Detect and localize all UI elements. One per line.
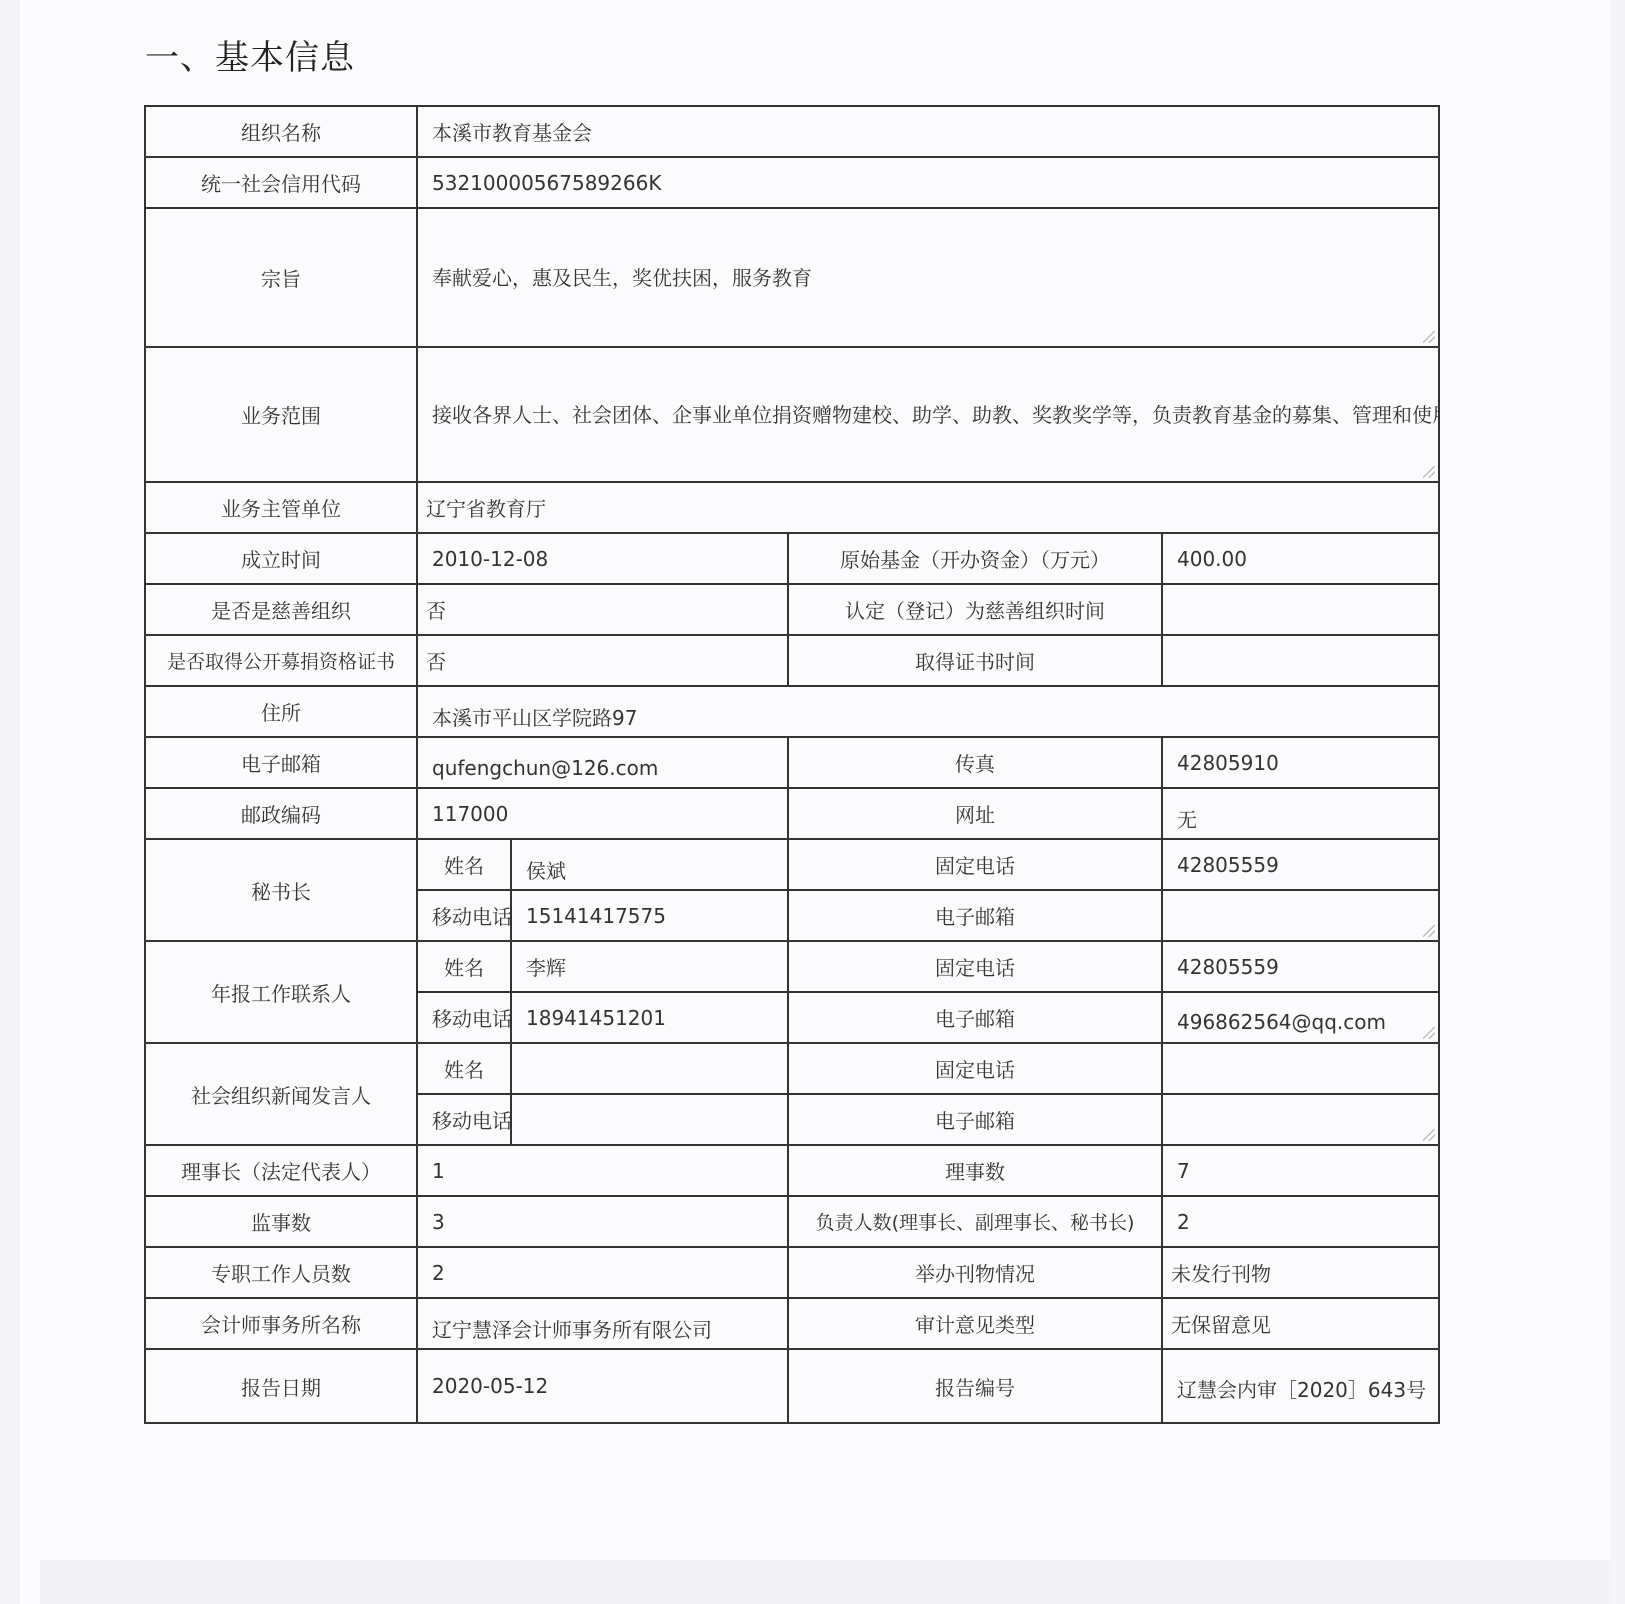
label-secretary-name: 姓名: [417, 839, 511, 890]
label-spokesperson-mobile: 移动电话: [417, 1094, 511, 1145]
label-founded: 成立时间: [145, 533, 417, 584]
label-secretary-general: 秘书长: [145, 839, 417, 941]
value-contact-email: 496862564@qq.com: [1177, 1010, 1386, 1034]
row-fundraising-cert: 是否取得公开募捐资格证书 否 取得证书时间: [145, 635, 1439, 686]
row-org-name: 组织名称 本溪市教育基金会: [145, 106, 1439, 157]
value-website: 无: [1162, 788, 1439, 839]
label-fax: 传真: [788, 737, 1162, 788]
row-staff: 专职工作人员数 2 举办刊物情况 未发行刊物: [145, 1247, 1439, 1298]
value-contact-landline: 42805559: [1162, 941, 1439, 992]
row-founded: 成立时间 2010-12-08 原始基金（开办资金）（万元） 400.00: [145, 533, 1439, 584]
row-postcode: 邮政编码 117000 网址 无: [145, 788, 1439, 839]
value-publications: 未发行刊物: [1162, 1247, 1439, 1298]
label-secretary-landline: 固定电话: [788, 839, 1162, 890]
label-publications: 举办刊物情况: [788, 1247, 1162, 1298]
value-fulltime-staff: 2: [417, 1247, 788, 1298]
value-directors-count: 7: [1162, 1145, 1439, 1196]
label-spokesperson-landline: 固定电话: [788, 1043, 1162, 1094]
row-report: 报告日期 2020-05-12 报告编号 辽慧会内审［2020］643号: [145, 1349, 1439, 1423]
value-secretary-mobile: 15141417575: [511, 890, 788, 941]
resize-grip-icon[interactable]: [1423, 1027, 1435, 1039]
value-chairman: 1: [417, 1145, 788, 1196]
label-report-number: 报告编号: [788, 1349, 1162, 1423]
value-contact-name: 李辉: [511, 941, 788, 992]
label-secretary-mobile: 移动电话: [417, 890, 511, 941]
label-fundraising-cert: 是否取得公开募捐资格证书: [145, 635, 417, 686]
value-founded: 2010-12-08: [417, 533, 788, 584]
row-is-charity: 是否是慈善组织 否 认定（登记）为慈善组织时间: [145, 584, 1439, 635]
value-org-name: 本溪市教育基金会: [417, 106, 1439, 157]
row-secretary-name: 秘书长 姓名 侯斌 固定电话 42805559: [145, 839, 1439, 890]
label-chairman: 理事长（法定代表人）: [145, 1145, 417, 1196]
value-supervisor: 辽宁省教育厅: [417, 482, 1439, 533]
resize-grip-icon[interactable]: [1423, 466, 1435, 478]
resize-grip-icon[interactable]: [1423, 1129, 1435, 1141]
value-secretary-email-textarea[interactable]: [1162, 890, 1439, 941]
label-directors-count: 理事数: [788, 1145, 1162, 1196]
value-contact-email-textarea[interactable]: 496862564@qq.com: [1162, 992, 1439, 1043]
value-audit-opinion: 无保留意见: [1162, 1298, 1439, 1349]
value-spokesperson-name: [511, 1043, 788, 1094]
value-spokesperson-email-textarea[interactable]: [1162, 1094, 1439, 1145]
value-business-scope: 接收各界人士、社会团体、企事业单位捐资赠物建校、助学、助教、奖教奖学等，负责教育…: [432, 403, 1439, 427]
value-spokesperson-landline: [1162, 1043, 1439, 1094]
value-accounting-firm: 辽宁慧泽会计师事务所有限公司: [417, 1298, 788, 1349]
label-original-fund: 原始基金（开办资金）（万元）: [788, 533, 1162, 584]
row-accounting: 会计师事务所名称 辽宁慧泽会计师事务所有限公司 审计意见类型 无保留意见: [145, 1298, 1439, 1349]
label-cert-date: 取得证书时间: [788, 635, 1162, 686]
label-report-date: 报告日期: [145, 1349, 417, 1423]
label-annual-contact: 年报工作联系人: [145, 941, 417, 1043]
value-secretary-landline: 42805559: [1162, 839, 1439, 890]
label-purpose: 宗旨: [145, 208, 417, 347]
label-contact-mobile: 移动电话: [417, 992, 511, 1043]
row-business-scope: 业务范围 接收各界人士、社会团体、企事业单位捐资赠物建校、助学、助教、奖教奖学等…: [145, 347, 1439, 482]
label-charity-date: 认定（登记）为慈善组织时间: [788, 584, 1162, 635]
label-contact-landline: 固定电话: [788, 941, 1162, 992]
label-spokesperson-name: 姓名: [417, 1043, 511, 1094]
value-spokesperson-mobile: [511, 1094, 788, 1145]
row-contact-name: 年报工作联系人 姓名 李辉 固定电话 42805559: [145, 941, 1439, 992]
value-is-charity: 否: [417, 584, 788, 635]
value-fundraising-cert: 否: [417, 635, 788, 686]
value-contact-mobile: 18941451201: [511, 992, 788, 1043]
label-postcode: 邮政编码: [145, 788, 417, 839]
basic-info-table: 组织名称 本溪市教育基金会 统一社会信用代码 53210000567589266…: [144, 105, 1440, 1424]
label-contact-name: 姓名: [417, 941, 511, 992]
label-org-name: 组织名称: [145, 106, 417, 157]
row-chairman: 理事长（法定代表人） 1 理事数 7: [145, 1145, 1439, 1196]
label-fulltime-staff: 专职工作人员数: [145, 1247, 417, 1298]
value-supervisors-count: 3: [417, 1196, 788, 1247]
label-address: 住所: [145, 686, 417, 737]
value-postcode: 117000: [417, 788, 788, 839]
section-title: 一、基本信息: [145, 30, 355, 79]
value-charity-date: [1162, 584, 1439, 635]
row-supervisors: 监事数 3 负责人数(理事长、副理事长、秘书长) 2: [145, 1196, 1439, 1247]
label-is-charity: 是否是慈善组织: [145, 584, 417, 635]
value-cert-date: [1162, 635, 1439, 686]
value-business-scope-textarea[interactable]: 接收各界人士、社会团体、企事业单位捐资赠物建校、助学、助教、奖教奖学等，负责教育…: [417, 347, 1439, 482]
value-report-number: 辽慧会内审［2020］643号: [1162, 1349, 1439, 1423]
label-audit-opinion: 审计意见类型: [788, 1298, 1162, 1349]
value-credit-code: 53210000567589266K: [417, 157, 1439, 208]
label-website: 网址: [788, 788, 1162, 839]
value-report-date: 2020-05-12: [417, 1349, 788, 1423]
page-shadow: [40, 1560, 1610, 1604]
row-purpose: 宗旨 奉献爱心，惠及民生，奖优扶困，服务教育: [145, 208, 1439, 347]
label-contact-email: 电子邮箱: [788, 992, 1162, 1043]
label-accounting-firm: 会计师事务所名称: [145, 1298, 417, 1349]
label-email: 电子邮箱: [145, 737, 417, 788]
value-leaders-count: 2: [1162, 1196, 1439, 1247]
value-address: 本溪市平山区学院路97: [417, 686, 1439, 737]
value-original-fund: 400.00: [1162, 533, 1439, 584]
row-credit-code: 统一社会信用代码 53210000567589266K: [145, 157, 1439, 208]
label-supervisors-count: 监事数: [145, 1196, 417, 1247]
label-leaders-count: 负责人数(理事长、副理事长、秘书长): [788, 1196, 1162, 1247]
label-credit-code: 统一社会信用代码: [145, 157, 417, 208]
label-secretary-email: 电子邮箱: [788, 890, 1162, 941]
row-address: 住所 本溪市平山区学院路97: [145, 686, 1439, 737]
label-supervisor: 业务主管单位: [145, 482, 417, 533]
value-fax: 42805910: [1162, 737, 1439, 788]
value-purpose: 奉献爱心，惠及民生，奖优扶困，服务教育: [432, 266, 812, 290]
label-spokesperson-email: 电子邮箱: [788, 1094, 1162, 1145]
value-email: qufengchun@126.com: [417, 737, 788, 788]
row-email: 电子邮箱 qufengchun@126.com 传真 42805910: [145, 737, 1439, 788]
label-spokesperson: 社会组织新闻发言人: [145, 1043, 417, 1145]
resize-grip-icon[interactable]: [1423, 925, 1435, 937]
value-secretary-name: 侯斌: [511, 839, 788, 890]
resize-grip-icon[interactable]: [1423, 331, 1435, 343]
value-purpose-textarea[interactable]: 奉献爱心，惠及民生，奖优扶困，服务教育: [417, 208, 1439, 347]
row-supervisor: 业务主管单位 辽宁省教育厅: [145, 482, 1439, 533]
label-business-scope: 业务范围: [145, 347, 417, 482]
row-spokesperson-name: 社会组织新闻发言人 姓名 固定电话: [145, 1043, 1439, 1094]
